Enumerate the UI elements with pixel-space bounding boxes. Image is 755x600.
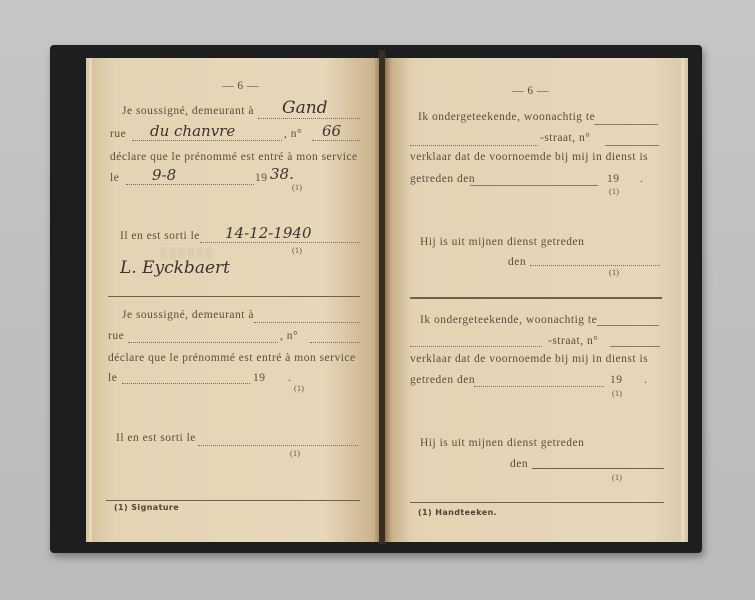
year-prefix: 19 [610,374,623,386]
period: . [288,372,291,384]
date-label: getreden den [410,173,475,185]
street-line [128,342,278,343]
date-line [474,386,604,387]
period: . [644,374,647,386]
left-date-line [198,445,358,446]
footnote-divider [410,502,664,503]
year-prefix: 19 [255,172,268,184]
declarant-label: Ik ondergeteekende, woonachtig te [420,314,597,326]
den-label: den [508,256,526,268]
footnote-ref: (1) [609,187,619,196]
page-number: — 6 — [222,80,259,92]
left-date-line [530,265,660,266]
footnote-ref: (1) [292,183,302,192]
right-page [383,58,681,542]
left-date-handwritten: 14-12-1940 [225,224,311,242]
street-label: -straat, n° [540,132,590,144]
employer-signature: L. Eyckbaert [120,258,230,278]
number-line [605,145,659,146]
footnote-ref: (1) [294,384,304,393]
left-date-label: Hij is uit mijnen dienst getreden [420,437,584,449]
date-label: le [110,172,119,184]
left-date-label: Il en est sorti le [120,230,200,242]
street-label: rue [108,330,124,342]
period: . [640,173,643,185]
footnote-ref: (1) [612,473,622,482]
declare-text: déclare que le prénommé est entré à mon … [110,151,358,163]
left-date-label: Il en est sorti le [116,432,196,444]
street-line [132,140,282,141]
page-number: — 6 — [512,85,549,97]
footnote-ref: (1) [612,389,622,398]
number-line [610,346,660,347]
residence-line [254,322,360,323]
year-prefix: 19 [607,173,620,185]
street-line [410,346,542,347]
declare-text: verklaar dat de voornoemde bij mij in di… [410,353,648,365]
street-line [410,145,538,146]
number-line [310,342,360,343]
declare-text: déclare que le prénommé est entré à mon … [108,352,356,364]
number-handwritten: 66 [322,122,341,140]
book-spine [379,50,385,544]
residence-handwritten: Gand [282,98,328,118]
date-line [126,184,254,185]
number-label: , n° [280,330,298,342]
street-handwritten: du chanvre [150,122,235,140]
residence-line [597,325,659,326]
street-label: rue [110,128,126,140]
residence-line [594,124,658,125]
declare-text: verklaar dat de voornoemde bij mij in di… [410,151,648,163]
street-label: -straat, n° [548,335,598,347]
date-line [122,383,250,384]
date-label: le [108,372,117,384]
den-label: den [510,458,528,470]
date-label: getreden den [410,374,475,386]
left-date-line [532,468,664,469]
left-date-line [200,242,360,243]
year-handwritten: 38. [270,165,294,183]
footnote-text: (1) Signature [114,503,179,512]
declarant-label: Je soussigné, demeurant à [122,105,254,117]
footnote-text: (1) Handteeken. [418,508,497,517]
footnote-ref: (1) [292,246,302,255]
section-divider [410,297,662,299]
left-date-label: Hij is uit mijnen dienst getreden [420,236,584,248]
declarant-label: Je soussigné, demeurant à [122,309,254,321]
year-prefix: 19 [253,372,266,384]
declarant-label: Ik ondergeteekende, woonachtig te [418,111,595,123]
number-label: , n° [284,128,302,140]
date-handwritten: 9-8 [152,166,176,184]
section-divider [108,296,360,297]
number-line [312,140,360,141]
date-line [470,185,598,186]
footnote-ref: (1) [609,268,619,277]
footnote-ref: (1) [290,449,300,458]
residence-line [258,118,360,119]
footnote-divider [106,500,360,501]
